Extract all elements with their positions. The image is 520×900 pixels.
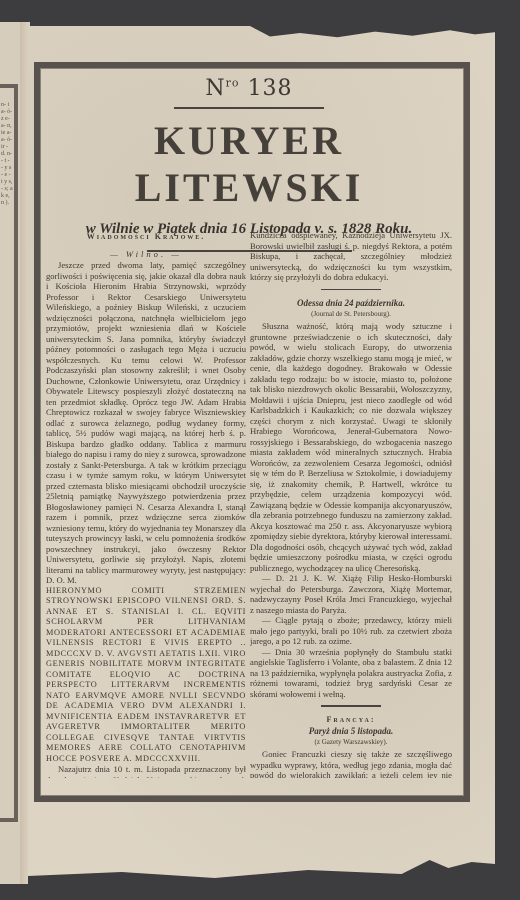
article-odessa-paragraph-3: — Ciągle pytają o zboże; przedawcy, któr… [250,615,452,647]
divider-rule-2 [321,705,381,707]
newspaper-title: KURYER LITEWSKI [40,117,458,211]
issue-number: Nro 138 [40,76,458,101]
previous-page-text: n- i a- ó- z e- a- n, ie a- a- ó- ir - d… [1,102,13,702]
article-odessa-paragraph-4: — Dnia 30 września popłynęły do Stambułu… [250,647,452,700]
source-odessa: (Journal de St. Petersbourg). [250,309,452,320]
article-wilno-paragraph-1: Jeszcze przed dwoma laty, pamięć szczegó… [46,260,246,586]
section-heading-domestic: Wiadomości Krajowe. [46,232,246,243]
article-odessa-paragraph-2: — D. 21 J. K. W. Xiążę Filip Hesko-Hombu… [250,573,452,615]
article-france-paragraph-1: Goniec Francuzki cieszy się także ze szc… [250,749,452,778]
article-odessa-paragraph-1: Słuszna ważność, którą mają wody sztuczn… [250,321,452,573]
left-column: Wiadomości Krajowe. — Wilno. — Jeszcze p… [46,230,246,778]
divider-rule [321,289,381,291]
dateline-wilno: — Wilno. — [46,249,246,260]
article-wilno-continuation: Kundzicza odśpiewaney, Kaznodzieja Uniwe… [250,230,452,283]
dateline-paris: Paryż dnia 5 listopada. [250,726,452,737]
article-wilno-paragraph-2: Nazajutrz dnia 10 t. m. Listopada przezn… [46,764,246,778]
masthead-rule-top [174,107,324,109]
source-paris: (z Gazety Warszawskiey). [250,737,452,748]
section-heading-france: Francya: [250,715,452,726]
dateline-odessa: Odessa dnia 24 października. [250,298,452,309]
latin-inscription: HIERONYMO COMITI STRZEMIEN STROYNOWSKI E… [46,586,246,765]
previous-page-fragment: n- i a- ó- z e- a- n, ie a- a- ó- ir - d… [0,22,21,884]
right-column: Kundzicza odśpiewaney, Kaznodzieja Uniwe… [250,230,452,778]
masthead: Nro 138 KURYER LITEWSKI w Wilnie w Piąte… [40,70,458,252]
